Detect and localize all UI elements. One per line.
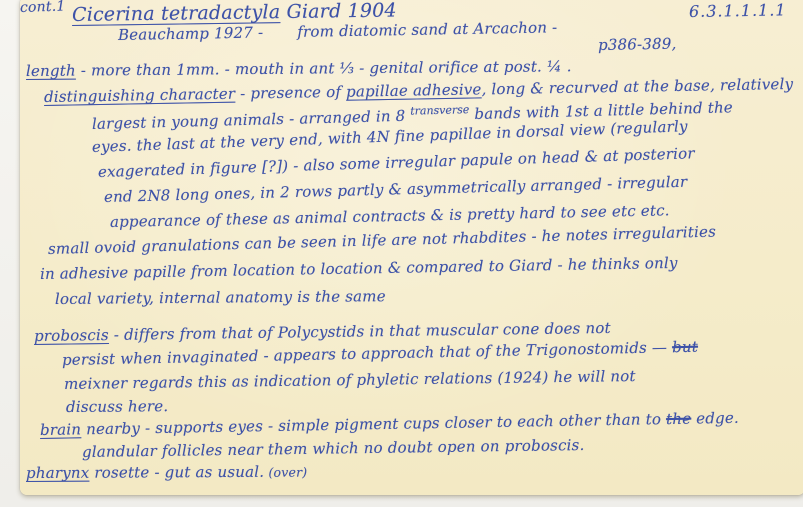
text-segment: length: [26, 62, 76, 80]
species-authority: Giard 1904: [286, 0, 397, 23]
over-note: (over): [264, 465, 307, 480]
inserted-word: transverse: [410, 103, 469, 118]
source-citation: Beauchamp 1927 -: [118, 23, 264, 44]
note-line: pharynx rosette - gut as usual. (over): [26, 463, 307, 482]
corner-note: cont.1: [20, 0, 66, 16]
text-segment: - more than 1mm. - mouth in ant ⅓ - geni…: [76, 57, 572, 79]
text-segment: brain: [40, 420, 81, 439]
text-segment: in adhesive papille from location to loc…: [40, 254, 678, 283]
text-segment: pharynx: [26, 464, 89, 482]
text-segment: distinguishing character: [44, 85, 236, 106]
page-range: p386-389,: [598, 35, 677, 54]
struck-word: but: [672, 338, 698, 357]
note-line: meixner regards this as indication of ph…: [64, 367, 636, 393]
text-segment: local variety, internal anatomy is the s…: [55, 287, 386, 308]
struck-word: the: [666, 410, 691, 428]
text-segment: meixner regards this as indication of ph…: [64, 367, 636, 393]
note-line: length - more than 1mm. - mouth in ant ⅓…: [26, 57, 572, 80]
catalog-number: 6.3.1.1.1.1: [689, 0, 787, 21]
text-segment: , long & recurved at the base, relativel…: [481, 75, 793, 98]
text-segment: proboscis: [34, 326, 109, 345]
text-segment: discuss here.: [66, 397, 168, 416]
source-detail: from diatomic sand at Arcachon -: [297, 18, 557, 41]
text-segment: rosette - gut as usual.: [89, 463, 264, 482]
text-segment: glandular follicles near them which no d…: [82, 436, 585, 461]
note-line: in adhesive papille from location to loc…: [40, 254, 678, 283]
scanned-index-card-page: { "card": { "corner_note": "cont.1", "ca…: [0, 0, 803, 507]
index-card: cont.1 Cicerina tetradactyla Giard 1904 …: [20, 0, 803, 495]
note-line: local variety, internal anatomy is the s…: [55, 287, 386, 308]
note-line: glandular follicles near them which no d…: [82, 436, 585, 461]
text-segment: papillae adhesive: [346, 80, 482, 100]
species-name: Cicerina tetradactyla: [72, 1, 281, 26]
spacer: [263, 37, 297, 38]
text-segment: nearby - supports eyes - simple pigment …: [81, 410, 666, 438]
note-line: discuss here.: [66, 397, 168, 416]
text-segment: - presence of: [235, 83, 346, 103]
text-segment: edge.: [691, 409, 739, 428]
